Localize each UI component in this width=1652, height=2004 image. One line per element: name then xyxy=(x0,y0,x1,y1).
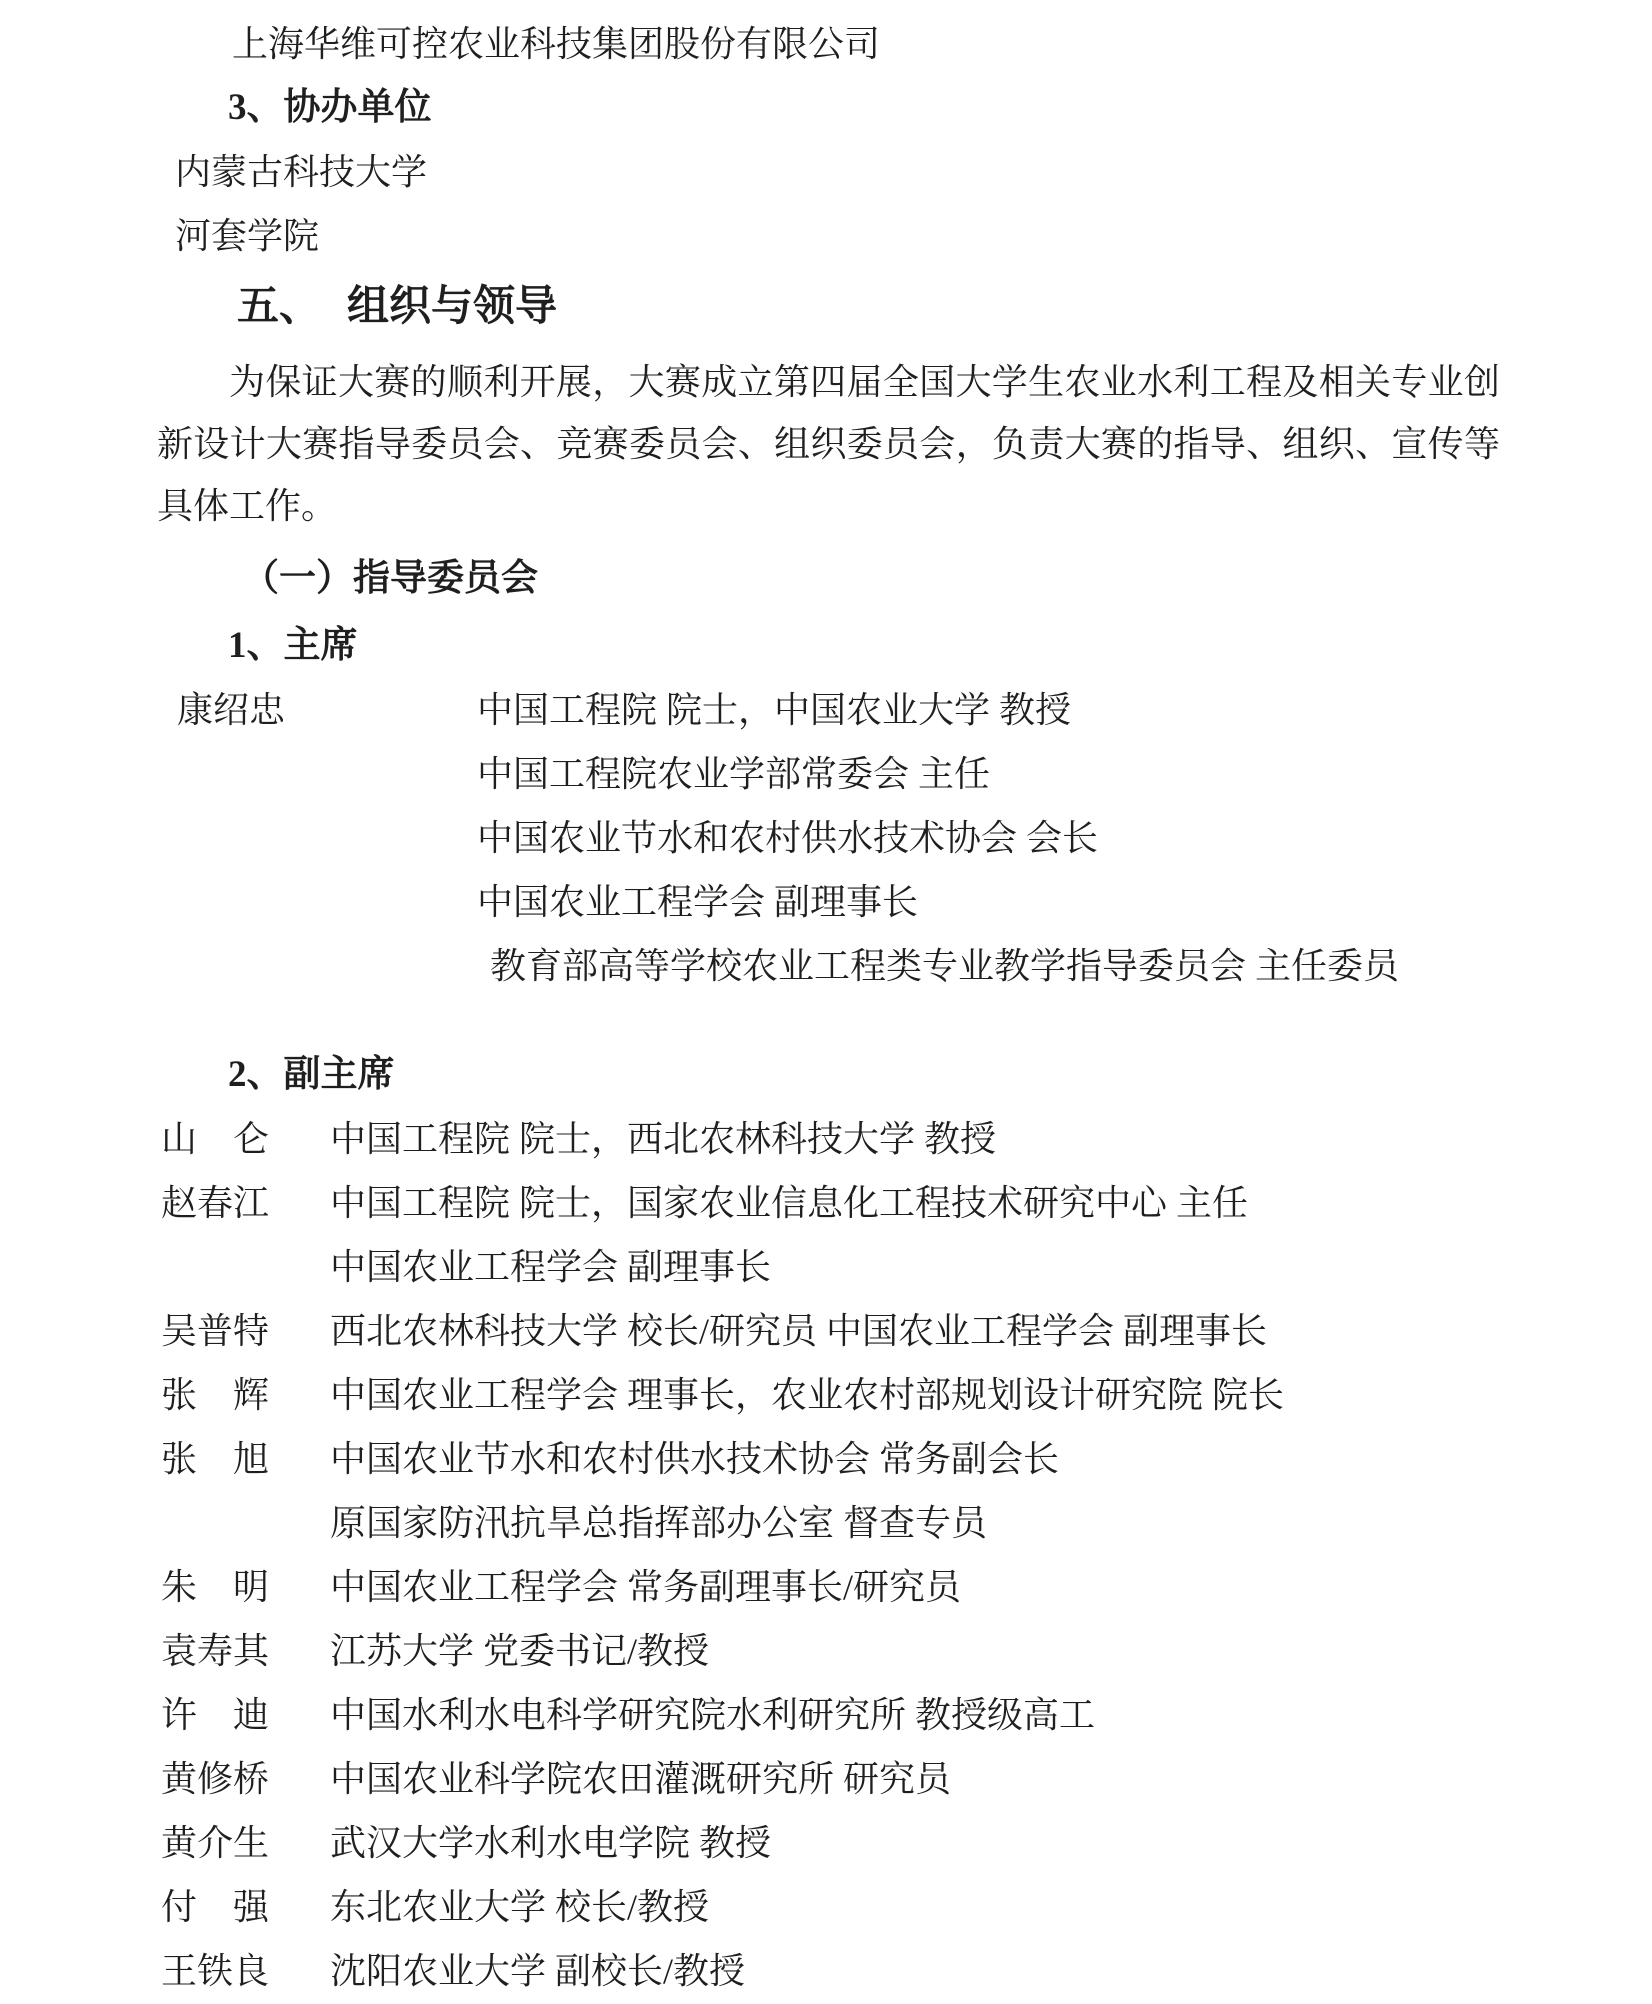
committee-member-title: 中国工程院 院士，中国农业大学 教授 xyxy=(477,678,1071,742)
committee-row: 朱 明 中国农业工程学会 常务副理事长/研究员 xyxy=(157,1555,1500,1619)
committee-row: 付 强 东北农业大学 校长/教授 xyxy=(157,1875,1500,1939)
committee-member-title: 中国农业工程学会 理事长，农业农村部规划设计研究院 院长 xyxy=(330,1363,1284,1427)
committee-member-title: 中国农业工程学会 常务副理事长/研究员 xyxy=(330,1555,961,1619)
document-content: 上海华维可控农业科技集团股份有限公司 3、协办单位 内蒙古科技大学 河套学院 五… xyxy=(157,12,1500,2003)
committee-member-title: 西北农林科技大学 校长/研究员 中国农业工程学会 副理事长 xyxy=(330,1299,1267,1363)
committee-member-title: 中国农业节水和农村供水技术协会 会长 xyxy=(477,806,1098,870)
committee-member-name: 许 迪 xyxy=(157,1683,330,1747)
committee-member-title: 教育部高等学校农业工程类专业教学指导委员会 主任委员 xyxy=(490,934,1399,998)
committee-member-name: 吴普特 xyxy=(157,1299,330,1363)
committee-member-name: 赵春江 xyxy=(157,1171,330,1235)
committee-row: 袁寿其 江苏大学 党委书记/教授 xyxy=(157,1619,1500,1683)
committee-member-title: 武汉大学水利水电学院 教授 xyxy=(330,1811,771,1875)
committee-row: 中国农业工程学会 副理事长 xyxy=(157,870,1500,934)
committee-member-name: 黄介生 xyxy=(157,1811,330,1875)
committee-member-title: 中国农业节水和农村供水技术协会 常务副会长 xyxy=(330,1427,1059,1491)
committee-member-name: 黄修桥 xyxy=(157,1747,330,1811)
committee-member-name: 山 仑 xyxy=(157,1107,330,1171)
committee-member-name xyxy=(157,742,477,806)
committee-member-name: 张 旭 xyxy=(157,1427,330,1491)
committee-member-name: 张 辉 xyxy=(157,1363,330,1427)
committee-row: 吴普特 西北农林科技大学 校长/研究员 中国农业工程学会 副理事长 xyxy=(157,1299,1500,1363)
supporting-unit-item: 内蒙古科技大学 xyxy=(157,140,1500,204)
committee-row: 张 辉 中国农业工程学会 理事长，农业农村部规划设计研究院 院长 xyxy=(157,1363,1500,1427)
section-heading-number: 五、 xyxy=(237,284,321,330)
committee-row: 山 仑 中国工程院 院士，西北农林科技大学 教授 xyxy=(157,1107,1500,1171)
committee-row: 中国农业节水和农村供水技术协会 会长 xyxy=(157,806,1500,870)
committee-row: 王铁良 沈阳农业大学 副校长/教授 xyxy=(157,1939,1500,2003)
committee-member-name: 朱 明 xyxy=(157,1555,330,1619)
committee-member-name: 袁寿其 xyxy=(157,1619,330,1683)
committee-member-name xyxy=(157,1235,330,1299)
committee-member-name: 王铁良 xyxy=(157,1939,330,2003)
committee-row: 康绍忠 中国工程院 院士，中国农业大学 教授 xyxy=(157,678,1500,742)
subsection-heading-guidance-committee: （一）指导委员会 xyxy=(157,544,1500,614)
heading-chairman: 1、主席 xyxy=(157,614,1500,678)
document-page: 上海华维可控农业科技集团股份有限公司 3、协办单位 内蒙古科技大学 河套学院 五… xyxy=(0,0,1652,2004)
committee-member-title: 中国农业工程学会 副理事长 xyxy=(330,1235,771,1299)
committee-member-name: 康绍忠 xyxy=(157,678,477,742)
committee-member-name xyxy=(157,934,477,998)
committee-member-title: 中国工程院 院士，西北农林科技大学 教授 xyxy=(330,1107,996,1171)
organizer-company-line: 上海华维可控农业科技集团股份有限公司 xyxy=(157,12,1500,76)
committee-member-name xyxy=(157,806,477,870)
committee-member-name xyxy=(157,870,477,934)
committee-row: 许 迪 中国水利水电科学研究院水利研究所 教授级高工 xyxy=(157,1683,1500,1747)
committee-member-title: 东北农业大学 校长/教授 xyxy=(330,1875,709,1939)
supporting-unit-item: 河套学院 xyxy=(157,204,1500,268)
committee-row: 张 旭 中国农业节水和农村供水技术协会 常务副会长 xyxy=(157,1427,1500,1491)
intro-paragraph-line: 为保证大赛的顺利开展，大赛成立第四届全国大学生农业水利工程及相关专业创 xyxy=(157,351,1500,413)
heading-vice-chairman: 2、副主席 xyxy=(157,1043,1500,1107)
intro-paragraph-line: 新设计大赛指导委员会、竞赛委员会、组织委员会，负责大赛的指导、组织、宣传等 xyxy=(157,413,1500,475)
heading-supporting-units: 3、协办单位 xyxy=(157,76,1500,140)
committee-member-name: 付 强 xyxy=(157,1875,330,1939)
committee-member-title: 原国家防汛抗旱总指挥部办公室 督查专员 xyxy=(330,1491,987,1555)
section-heading-organization-leadership: 五、组织与领导 xyxy=(157,268,1500,346)
committee-row: 黄修桥 中国农业科学院农田灌溉研究所 研究员 xyxy=(157,1747,1500,1811)
intro-paragraph-line: 具体工作。 xyxy=(157,475,1500,537)
committee-row: 赵春江 中国工程院 院士，国家农业信息化工程技术研究中心 主任 xyxy=(157,1171,1500,1235)
committee-row: 中国工程院农业学部常委会 主任 xyxy=(157,742,1500,806)
committee-member-title: 中国水利水电科学研究院水利研究所 教授级高工 xyxy=(330,1683,1095,1747)
committee-row: 黄介生 武汉大学水利水电学院 教授 xyxy=(157,1811,1500,1875)
committee-member-title: 江苏大学 党委书记/教授 xyxy=(330,1619,709,1683)
committee-member-title: 中国农业工程学会 副理事长 xyxy=(477,870,918,934)
committee-member-title: 中国工程院农业学部常委会 主任 xyxy=(477,742,990,806)
committee-row: 原国家防汛抗旱总指挥部办公室 督查专员 xyxy=(157,1491,1500,1555)
committee-member-title: 沈阳农业大学 副校长/教授 xyxy=(330,1939,745,2003)
committee-member-name xyxy=(157,1491,330,1555)
committee-member-title: 中国农业科学院农田灌溉研究所 研究员 xyxy=(330,1747,951,1811)
committee-row: 中国农业工程学会 副理事长 xyxy=(157,1235,1500,1299)
section-heading-title: 组织与领导 xyxy=(347,284,557,330)
committee-member-title: 中国工程院 院士，国家农业信息化工程技术研究中心 主任 xyxy=(330,1171,1248,1235)
committee-row: 教育部高等学校农业工程类专业教学指导委员会 主任委员 xyxy=(157,934,1500,998)
